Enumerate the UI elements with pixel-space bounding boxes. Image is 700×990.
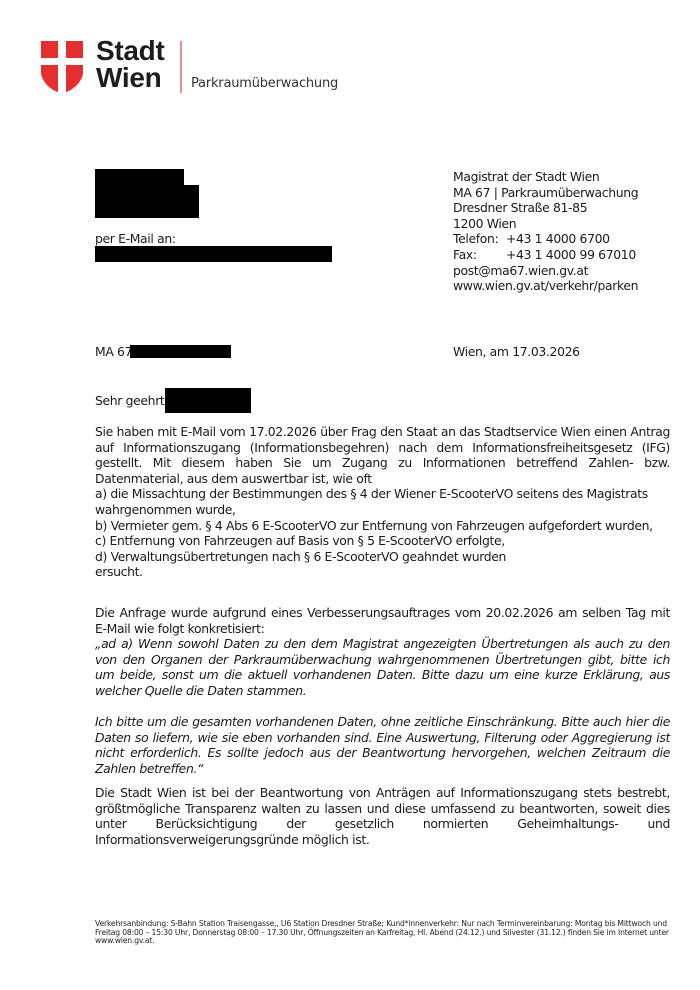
paragraph-transparency: Die Stadt Wien ist bei der Beantwortung … [95, 785, 670, 847]
logo-line-1: Stadt [96, 37, 165, 64]
vienna-coat-of-arms-icon [41, 41, 83, 93]
phone-number[interactable]: +43 1 4000 6700 [506, 231, 610, 246]
department-name: Parkraumüberwachung [191, 76, 338, 91]
clarification-quote-part-2: Ich bitte um die gesamten vorhandenen Da… [95, 714, 670, 776]
transparency-statement: Die Stadt Wien ist bei der Beantwortung … [95, 785, 670, 847]
logo-wordmark: Stadt Wien [96, 37, 165, 91]
address-line: Magistrat der Stadt Wien [453, 169, 693, 185]
fax-label: Fax: [453, 247, 506, 263]
request-item-a: a) die Missachtung der Bestimmungen des … [95, 486, 670, 517]
request-item-c: c) Entfernung von Fahrzeugen auf Basis v… [95, 533, 670, 549]
reference-number: MA 67 [95, 344, 132, 360]
fax-row: Fax:+43 1 4000 99 67010 [453, 247, 693, 263]
address-line: MA 67 | Parkraumüberwachung [453, 185, 693, 201]
redacted-recipient-address [95, 185, 199, 218]
email-recipient-label: per E-Mail an: [95, 231, 176, 247]
redacted-recipient-email [95, 246, 332, 262]
website-link[interactable]: www.wien.gv.at/verkehr/parken [453, 278, 693, 294]
clarification-quote-part-1: „ad a) Wenn sowohl Daten zu den dem Magi… [95, 636, 670, 698]
clarification-intro: Die Anfrage wurde aufgrund eines Verbess… [95, 605, 670, 636]
redacted-reference-number [130, 345, 231, 358]
logo-divider [180, 41, 182, 93]
request-item-b: b) Vermieter gem. § 4 Abs 6 E-ScooterVO … [95, 518, 670, 534]
request-intro: Sie haben mit E-Mail vom 17.02.2026 über… [95, 424, 670, 486]
sender-address-block: Magistrat der Stadt Wien MA 67 | Parkrau… [453, 169, 693, 294]
salutation: Sehr geehrte [95, 393, 172, 409]
reference-prefix: MA 67 [95, 344, 132, 359]
request-item-d: d) Verwaltungsübertretungen nach § 6 E-S… [95, 549, 670, 565]
paragraph-clarification: Die Anfrage wurde aufgrund eines Verbess… [95, 605, 670, 777]
phone-label: Telefon: [453, 231, 506, 247]
phone-row: Telefon:+43 1 4000 6700 [453, 231, 693, 247]
redacted-recipient-name [95, 169, 184, 185]
redacted-recipient-salutation-name [165, 388, 251, 413]
email-link[interactable]: post@ma67.wien.gv.at [453, 263, 693, 279]
address-line: 1200 Wien [453, 216, 693, 232]
fax-number: +43 1 4000 99 67010 [506, 247, 636, 262]
letter-date: Wien, am 17.03.2026 [453, 344, 580, 360]
logo-line-2: Wien [96, 64, 165, 91]
footer-contact-info: Verkehrsanbindung: S-Bahn Station Traise… [95, 920, 680, 946]
address-line: Dresdner Straße 81-85 [453, 200, 693, 216]
paragraph-request-summary: Sie haben mit E-Mail vom 17.02.2026 über… [95, 424, 670, 580]
request-end: ersucht. [95, 564, 670, 580]
